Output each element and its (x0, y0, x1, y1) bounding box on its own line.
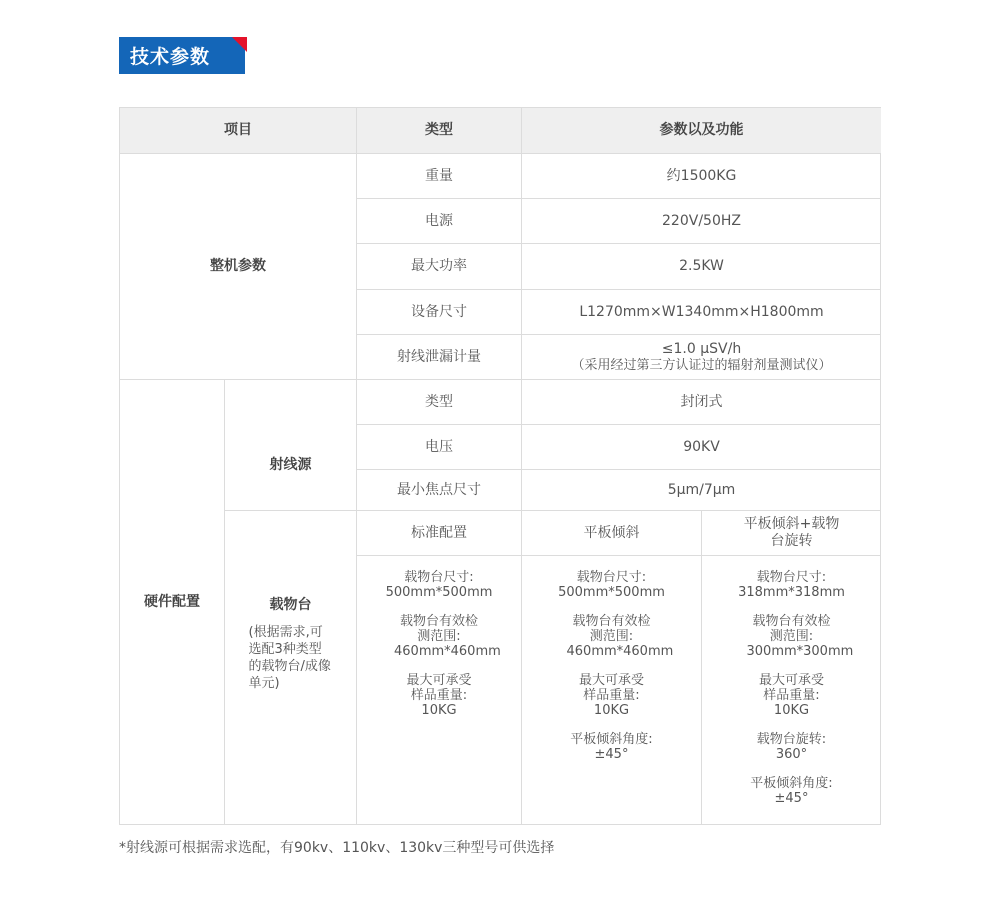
spec-group: 平板倾斜角度:±45° (570, 732, 652, 762)
config-tilt-rotate-specs: 载物台尺寸:318mm*318mm 载物台有效检测范围:300mm*300mm … (701, 555, 881, 825)
spec-group: 平板倾斜角度:±45° (750, 776, 832, 806)
row-weight-type: 重量 (356, 153, 521, 198)
row-maxpower-value: 2.5KW (521, 243, 881, 289)
row-size-type: 设备尺寸 (356, 289, 521, 334)
config-tilt-header: 平板倾斜 (521, 510, 701, 555)
row-source-type-value: 封闭式 (521, 379, 881, 424)
spec-group: 载物台尺寸:500mm*500mm (558, 570, 665, 600)
spec-table: 项目 类型 参数以及功能 整机参数 重量 约1500KG 电源 220V/50H… (119, 107, 881, 825)
corner-accent-icon (232, 37, 247, 52)
header-params: 参数以及功能 (521, 108, 881, 153)
footnote: *射线源可根据需求选配，有90kv、110kv、130kv三种型号可供选择 (119, 837, 554, 857)
leak-note: （采用经过第三方认证过的辐射剂量测试仪） (571, 358, 831, 373)
row-voltage-value: 90KV (521, 424, 881, 469)
spec-group: 载物台有效检测范围:460mm*460mm (394, 614, 484, 659)
subgroup-source-label: 射线源 (224, 379, 356, 510)
group-machine-label: 整机参数 (120, 153, 356, 379)
leak-value: ≤1.0 µSV/h (662, 341, 741, 358)
row-power-type: 电源 (356, 198, 521, 243)
spec-group: 最大可承受样品重量:10KG (577, 673, 647, 718)
group-hardware-label: 硬件配置 (120, 379, 224, 825)
row-focal-value: 5µm/7µm (521, 469, 881, 510)
row-maxpower-type: 最大功率 (356, 243, 521, 289)
spec-group: 最大可承受样品重量:10KG (757, 673, 827, 718)
header-type: 类型 (356, 108, 521, 153)
row-size-value: L1270mm×W1340mm×H1800mm (521, 289, 881, 334)
section-title: 技术参数 (130, 42, 210, 69)
config-standard-specs: 载物台尺寸:500mm*500mm 载物台有效检测范围:460mm*460mm … (356, 555, 521, 825)
row-source-type-type: 类型 (356, 379, 521, 424)
row-power-value: 220V/50HZ (521, 198, 881, 243)
stage-note: (根据需求,可选配3种类型的载物台/成像单元) (249, 624, 333, 692)
row-voltage-type: 电压 (356, 424, 521, 469)
config-tilt-specs: 载物台尺寸:500mm*500mm 载物台有效检测范围:460mm*460mm … (521, 555, 701, 825)
subgroup-stage-label: 载物台 (根据需求,可选配3种类型的载物台/成像单元) (224, 510, 356, 825)
spec-group: 载物台有效检测范围:460mm*460mm (567, 614, 657, 659)
row-focal-type: 最小焦点尺寸 (356, 469, 521, 510)
header-item: 项目 (120, 108, 356, 153)
row-weight-value: 约1500KG (521, 153, 881, 198)
stage-label: 载物台 (270, 597, 312, 614)
row-leak-type: 射线泄漏计量 (356, 334, 521, 379)
spec-group: 载物台旋转:360° (757, 732, 826, 762)
row-leak-value: ≤1.0 µSV/h （采用经过第三方认证过的辐射剂量测试仪） (521, 334, 881, 379)
config-standard-header: 标准配置 (356, 510, 521, 555)
config-tilt-rotate-header: 平板倾斜+载物台旋转 (701, 510, 881, 555)
section-title-badge: 技术参数 (119, 37, 245, 74)
spec-group: 最大可承受样品重量:10KG (404, 673, 474, 718)
spec-group: 载物台尺寸:500mm*500mm (386, 570, 493, 600)
spec-group: 载物台有效检测范围:300mm*300mm (747, 614, 837, 659)
spec-group: 载物台尺寸:318mm*318mm (738, 570, 845, 600)
